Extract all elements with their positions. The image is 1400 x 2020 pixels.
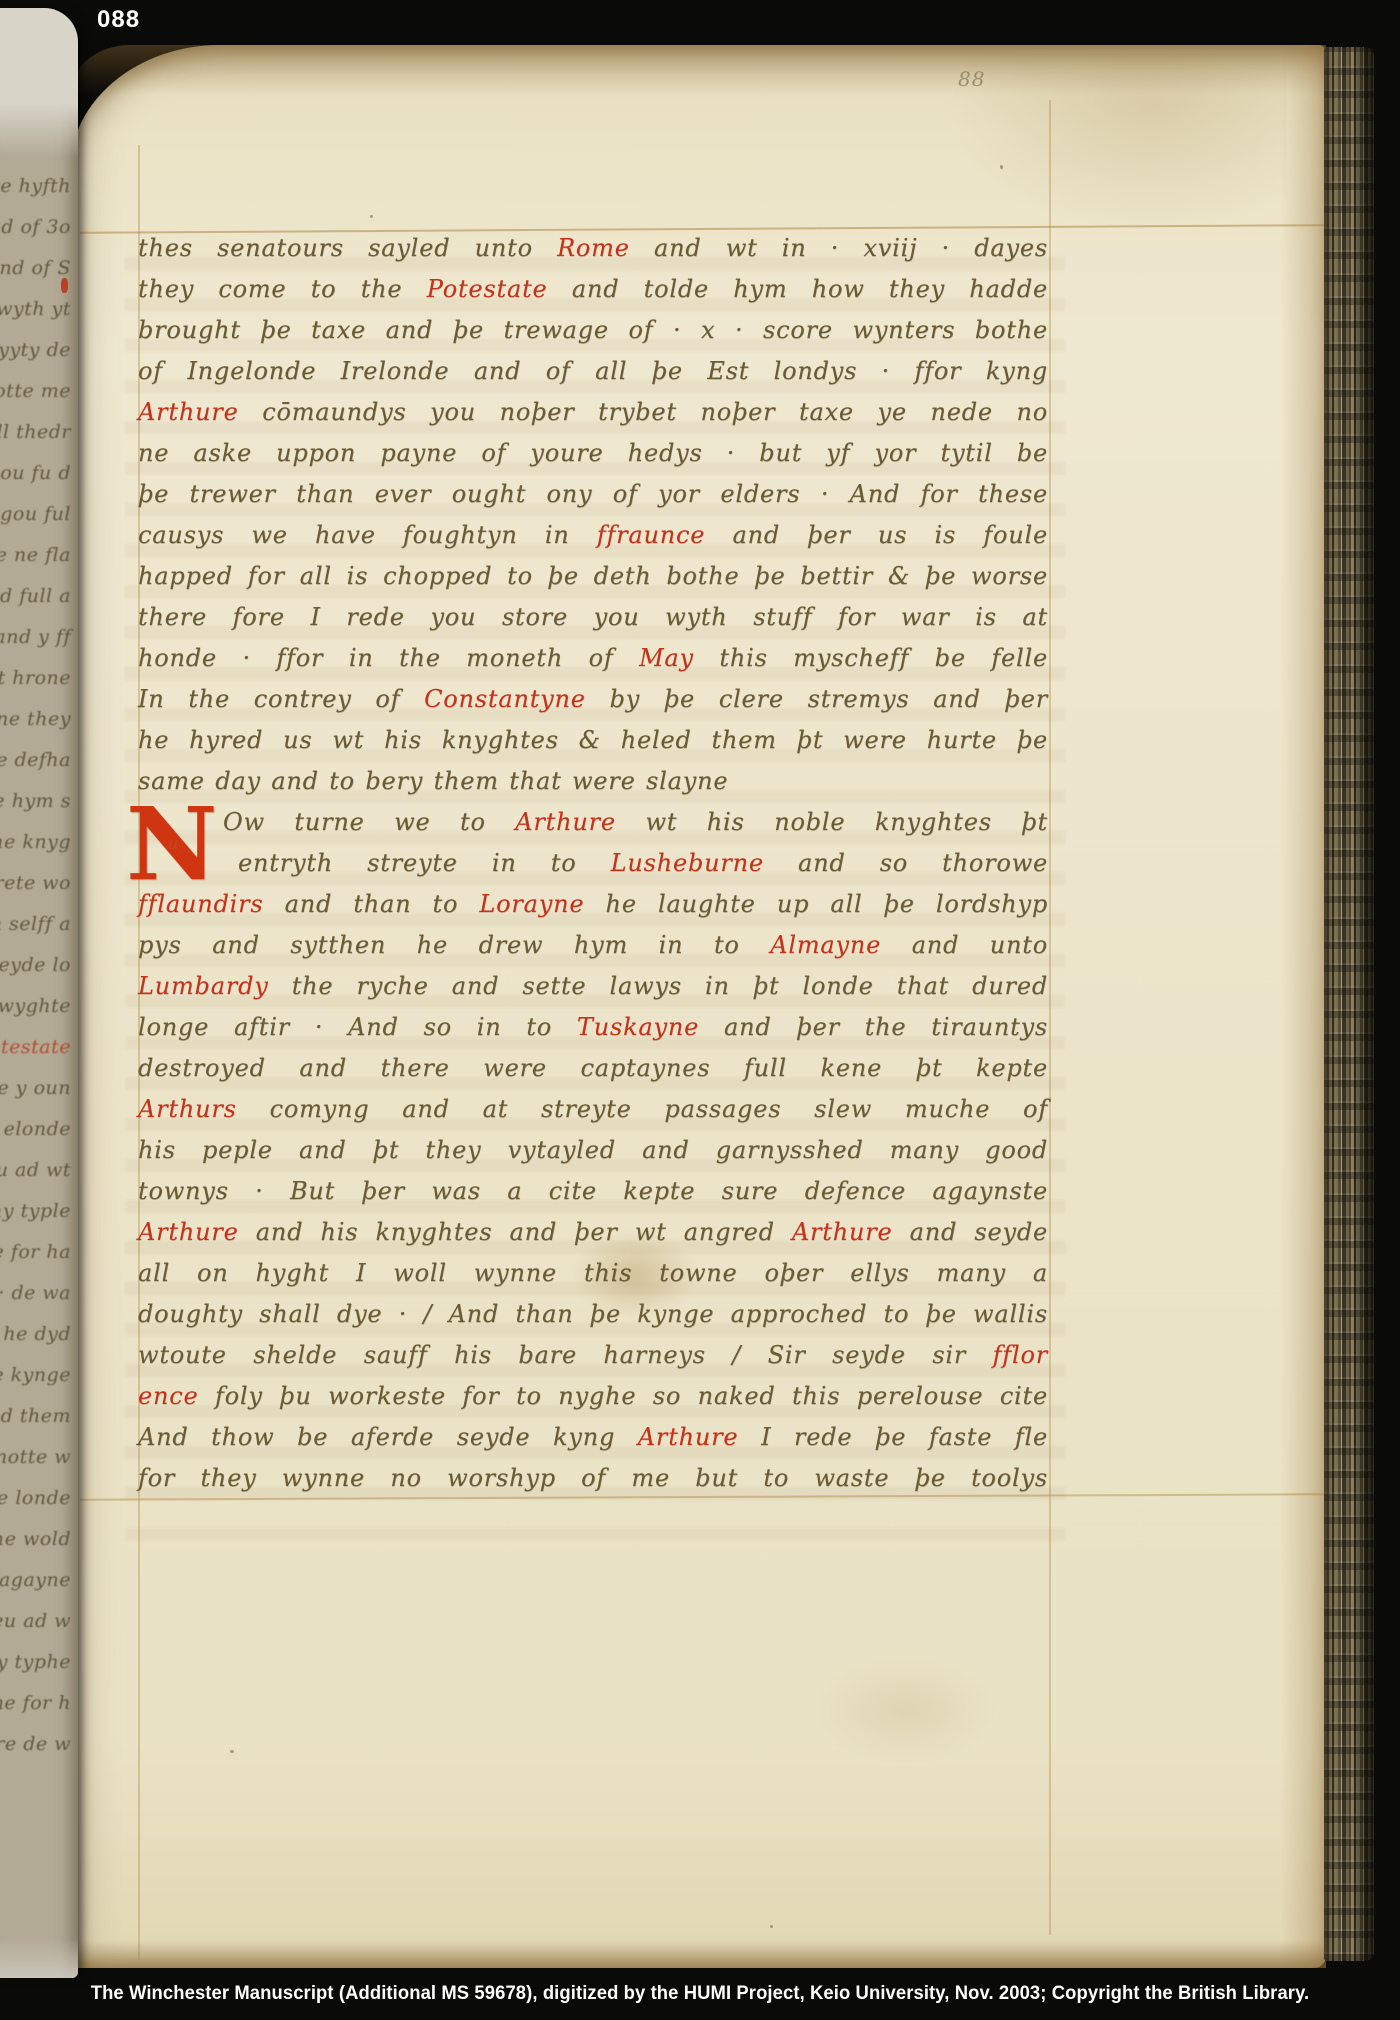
- manuscript-line: In the contrey of Constantyne by þe cler…: [138, 685, 1048, 726]
- manuscript-line: happed for all is chopped to þe deth bot…: [138, 562, 1048, 603]
- facing-page-text-fragment: d all Syyty de: [0, 339, 71, 361]
- rubric-word: May: [639, 644, 694, 672]
- facing-page-text-fragment: full notte w: [0, 1446, 71, 1468]
- ink-text: brought þe taxe and þe trewage of · x · …: [138, 316, 1048, 344]
- ink-text: they come to the: [138, 275, 427, 303]
- ink-text: Ow turne we to: [223, 808, 515, 836]
- ink-text: the ryche and sette lawys in þt londe th…: [269, 972, 1048, 1000]
- ink-text: there fore I rede you store you wyth stu…: [138, 603, 1048, 631]
- ink-text: honde · ffor in the moneth of: [138, 644, 639, 672]
- facing-page-text-fragment: of the londe: [0, 1487, 71, 1509]
- ink-text: In the contrey of: [138, 685, 424, 713]
- rubric-word: Arthure: [138, 398, 239, 426]
- stain: [810, 1655, 1000, 1765]
- manuscript-line: brought þe taxe and þe trewage of · x · …: [138, 316, 1048, 357]
- ink-text: this myscheff be felle: [694, 644, 1048, 672]
- facing-page-edge: t gote hyfthholde And of 3ofyng And of S…: [0, 8, 78, 1978]
- manuscript-line: Arthure and his knyghtes and þer wt angr…: [138, 1218, 1048, 1259]
- manuscript-line: pys and sytthen he drew hym in to Almayn…: [138, 931, 1048, 972]
- ink-text: he laughte up all þe lordshyp: [584, 890, 1048, 918]
- ink-text: happed for all is chopped to þe deth bot…: [138, 562, 1048, 590]
- red-ink-fleck: [61, 278, 68, 293]
- ink-text: destroyed and there were captaynes full …: [138, 1054, 1048, 1082]
- facing-page-text-fragment: to leppe gou ful: [0, 503, 71, 525]
- manuscript-line: ne aske uppon payne of youre hedys · but…: [138, 439, 1048, 480]
- manuscript-line: ence foly þu workeste for to nyghe so na…: [138, 1382, 1048, 1423]
- rubric-word: Potestate: [427, 275, 548, 303]
- manuscript-line: townys · But þer was a cite kepte sure d…: [138, 1177, 1048, 1218]
- facing-page-text-fragment: es and them: [0, 1405, 71, 1427]
- ink-text: And thow be aferde seyde kyng: [138, 1423, 638, 1451]
- rubric-word: fflor: [993, 1341, 1048, 1369]
- ink-text: I rede þe faste fle: [738, 1423, 1048, 1451]
- speck: [370, 215, 373, 218]
- speck: [1000, 165, 1003, 169]
- manuscript-line: he hyred us wt his knyghtes & heled them…: [138, 726, 1048, 767]
- ink-text: townys · But þer was a cite kepte sure d…: [138, 1177, 1048, 1205]
- ink-text: and his knyghtes and þer wt angred: [239, 1218, 792, 1246]
- rubric-word: Tuskayne: [577, 1013, 699, 1041]
- facing-page-text-fragment: onne all thedr: [0, 421, 71, 443]
- manuscript-line: for they wynne no worshyp of me but to w…: [138, 1464, 1048, 1505]
- facing-page-text-fragment: leppe hou fu d: [0, 462, 71, 484]
- facing-page-text-fragment: holde And of 3o: [0, 216, 71, 238]
- facing-page-text-fragment: ly heu ad w: [0, 1610, 71, 1632]
- facing-page-text-fragment: in hys elonde: [0, 1118, 71, 1140]
- facing-page-text-fragment: hem agayne: [0, 1569, 71, 1591]
- ink-text: þe trewer than ever ought ony of yor eld…: [138, 480, 1048, 508]
- speck: [770, 1925, 773, 1928]
- rubric-word: ffraunce: [597, 521, 706, 549]
- facing-page-text-fragment: t gote hyfth: [0, 175, 71, 197]
- manuscript-line: doughty shall dye · / And than þe kynge …: [138, 1300, 1048, 1341]
- ink-text: and þer the tirauntys: [699, 1013, 1048, 1041]
- ink-text: foly þu workeste for to nyghe so naked t…: [199, 1382, 1048, 1410]
- ink-text: and wt in · xviij · dayes: [630, 234, 1048, 262]
- manuscript-line: entryth streyte in to Lusheburne and so …: [238, 849, 1048, 890]
- ink-text: of Ingelonde Irelonde and of all þe Est …: [138, 357, 1048, 385]
- manuscript-line: Arthure cōmaundys you noþer trybet noþer…: [138, 398, 1048, 439]
- rubric-word: Arthurs: [138, 1095, 237, 1123]
- manuscript-line: Ow turne we to Arthure wt his noble knyg…: [223, 808, 1048, 849]
- stain: [1280, 45, 1326, 1968]
- rubric-word: Arthure: [792, 1218, 893, 1246]
- manuscript-line: wtoute shelde sauff his bare harneys / S…: [138, 1341, 1048, 1382]
- rubric-word: Arthure: [515, 808, 616, 836]
- facing-page-text-fragment: m uyfft hrone: [0, 667, 71, 689]
- ink-text: and than to: [264, 890, 480, 918]
- manuscript-line: there fore I rede you store you wyth stu…: [138, 603, 1048, 644]
- facing-page-text-fragment: olde the knyg: [0, 831, 71, 853]
- frame-number-label: 088: [97, 6, 140, 34]
- rubric-word: Lorayne: [479, 890, 584, 918]
- ink-text: causys we have foughtyn in: [138, 521, 597, 549]
- facing-page-text-fragment: to the kynge: [0, 1364, 71, 1386]
- facing-page-text-fragment: s full wyghte: [0, 995, 71, 1017]
- manuscript-line: honde · ffor in the moneth of May this m…: [138, 644, 1048, 685]
- facing-page-text-fragment: nd so he dyd: [0, 1323, 71, 1345]
- photo-caption: The Winchester Manuscript (Additional MS…: [21, 1983, 1379, 2005]
- facing-page-text-fragment: by fore hym s: [0, 790, 71, 812]
- ink-text: longe aftir · And so in to: [138, 1013, 577, 1041]
- facing-page-text-fragment: seyde he wold: [0, 1528, 71, 1550]
- ruling-top-line: [80, 224, 1324, 234]
- facing-page-text-fragment: es hym selff a: [0, 913, 71, 935]
- rubric-word: Arthure: [138, 1218, 239, 1246]
- ink-text: and so thorowe: [764, 849, 1048, 877]
- facing-page-text-fragment: and seyde lo: [0, 954, 71, 976]
- ink-text: same day and to bery them that were slay…: [138, 767, 728, 795]
- manuscript-line: þe trewer than ever ought ony of yor eld…: [138, 480, 1048, 521]
- facing-page-text-fragment: ffolde ne fla: [0, 544, 71, 566]
- manuscript-line: longe aftir · And so in to Tuskayne and …: [138, 1013, 1048, 1054]
- ink-text: doughty shall dye · / And than þe kynge …: [138, 1300, 1048, 1328]
- rubric-word: Arthure: [638, 1423, 739, 1451]
- facing-page-text-fragment: n the nonne they: [0, 708, 71, 730]
- ink-text: and unto: [881, 931, 1048, 959]
- manuscript-line: Lumbardy the ryche and sette lawys in þt…: [138, 972, 1048, 1013]
- facing-page-text-fragment: n deffyd full a: [0, 585, 71, 607]
- ink-text: pys and sytthen he drew hym in to: [138, 931, 770, 959]
- facing-page-text-fragment: yf why typle: [0, 1200, 71, 1222]
- rubric-word: Constantyne: [424, 685, 586, 713]
- facing-page-text-fragment: yf why typhe: [0, 1651, 71, 1673]
- facing-page-text-fragment: aly heu ad wt: [0, 1159, 71, 1181]
- ink-text: for they wynne no worshyp of me but to w…: [138, 1464, 1048, 1492]
- text-block: N u thes senatours sayled unto Rome and …: [138, 234, 1048, 1524]
- stain: [70, 1940, 1326, 1968]
- facing-page-text-fragment: fult notte me: [0, 380, 71, 402]
- manuscript-line: causys we have foughtyn in ffraunce and …: [138, 521, 1048, 562]
- manuscript-line: his peple and þt they vytayled and garny…: [138, 1136, 1048, 1177]
- facing-page-text-fragment: anyed and y ff: [0, 626, 71, 648]
- facing-page-text-fragment: fyng And of S: [0, 257, 71, 279]
- facing-page-text-fragment: f of me defha: [0, 749, 71, 771]
- manuscript-line: all on hyght I woll wynne this towne oþe…: [138, 1259, 1048, 1300]
- facing-page-text-fragment: here de w: [0, 1733, 71, 1755]
- rubric-word: ence: [138, 1382, 199, 1410]
- ink-text: he hyred us wt his knyghtes & heled them…: [138, 726, 1048, 754]
- manuscript-line: of Ingelonde Irelonde and of all þe Est …: [138, 357, 1048, 398]
- speck: [230, 1750, 234, 1753]
- facing-page-text-fragment: t come for h: [0, 1692, 71, 1714]
- manuscript-line: And thow be aferde seyde kyng Arthure I …: [138, 1423, 1048, 1464]
- book-fore-edge: [1324, 47, 1374, 1961]
- manuscript-line: fflaundirs and than to Lorayne he laught…: [138, 890, 1048, 931]
- manuscript-line: they come to the Potestate and tolde hym…: [138, 275, 1048, 316]
- facing-page-text-fragment: notte wyth yt: [0, 298, 71, 320]
- stain: [946, 53, 1286, 233]
- manuscript-photo: 088 88 N u thes senatours sayled unto Ro…: [0, 0, 1400, 2020]
- rubric-word: fflaundirs: [138, 890, 264, 918]
- ruling-right-line: [1049, 100, 1051, 1935]
- ink-text: by þe clere stremys and þer: [586, 685, 1048, 713]
- ink-text: and þer us is foule: [705, 521, 1048, 549]
- facing-page-text-fragment: the Potestate: [0, 1036, 71, 1058]
- facing-page-text-fragment: here · de wa: [0, 1282, 71, 1304]
- ink-text: his peple and þt they vytayled and garny…: [138, 1136, 1048, 1164]
- rubric-word: Lusheburne: [611, 849, 764, 877]
- ink-text: all on hyght I woll wynne this towne oþe…: [138, 1259, 1048, 1287]
- ink-text: thes senatours sayled unto: [138, 234, 557, 262]
- manuscript-line: same day and to bery them that were slay…: [138, 767, 1048, 808]
- facing-page-text-fragment: es seyde y oun: [0, 1077, 71, 1099]
- manuscript-line: destroyed and there were captaynes full …: [138, 1054, 1048, 1095]
- facing-page-text-fragment: wyth grete wo: [0, 872, 71, 894]
- rubric-word: Lumbardy: [138, 972, 269, 1000]
- ink-text: comyng and at streyte passages slew much…: [237, 1095, 1048, 1123]
- ink-text: wtoute shelde sauff his bare harneys / S…: [138, 1341, 993, 1369]
- manuscript-line: thes senatours sayled unto Rome and wt i…: [138, 234, 1048, 275]
- ink-text: ne aske uppon payne of youre hedys · but…: [138, 439, 1048, 467]
- ink-text: and tolde hym how they hadde: [548, 275, 1048, 303]
- facing-page-text-fragment: t come for ha: [0, 1241, 71, 1263]
- initial-guide-letter: u: [168, 834, 178, 853]
- ink-text: entryth streyte in to: [238, 849, 611, 877]
- ink-text: and seyde: [893, 1218, 1048, 1246]
- manuscript-page: 88 N u thes senatours sayled unto Rome a…: [70, 45, 1326, 1968]
- stain: [70, 45, 1326, 95]
- manuscript-line: Arthurs comyng and at streyte passages s…: [138, 1095, 1048, 1136]
- ink-text: wt his noble knyghtes þt: [616, 808, 1048, 836]
- rubric-word: Almayne: [770, 931, 881, 959]
- folio-number: 88: [958, 67, 985, 91]
- rubric-word: Rome: [557, 234, 630, 262]
- ink-text: cōmaundys you noþer trybet noþer taxe ye…: [239, 398, 1048, 426]
